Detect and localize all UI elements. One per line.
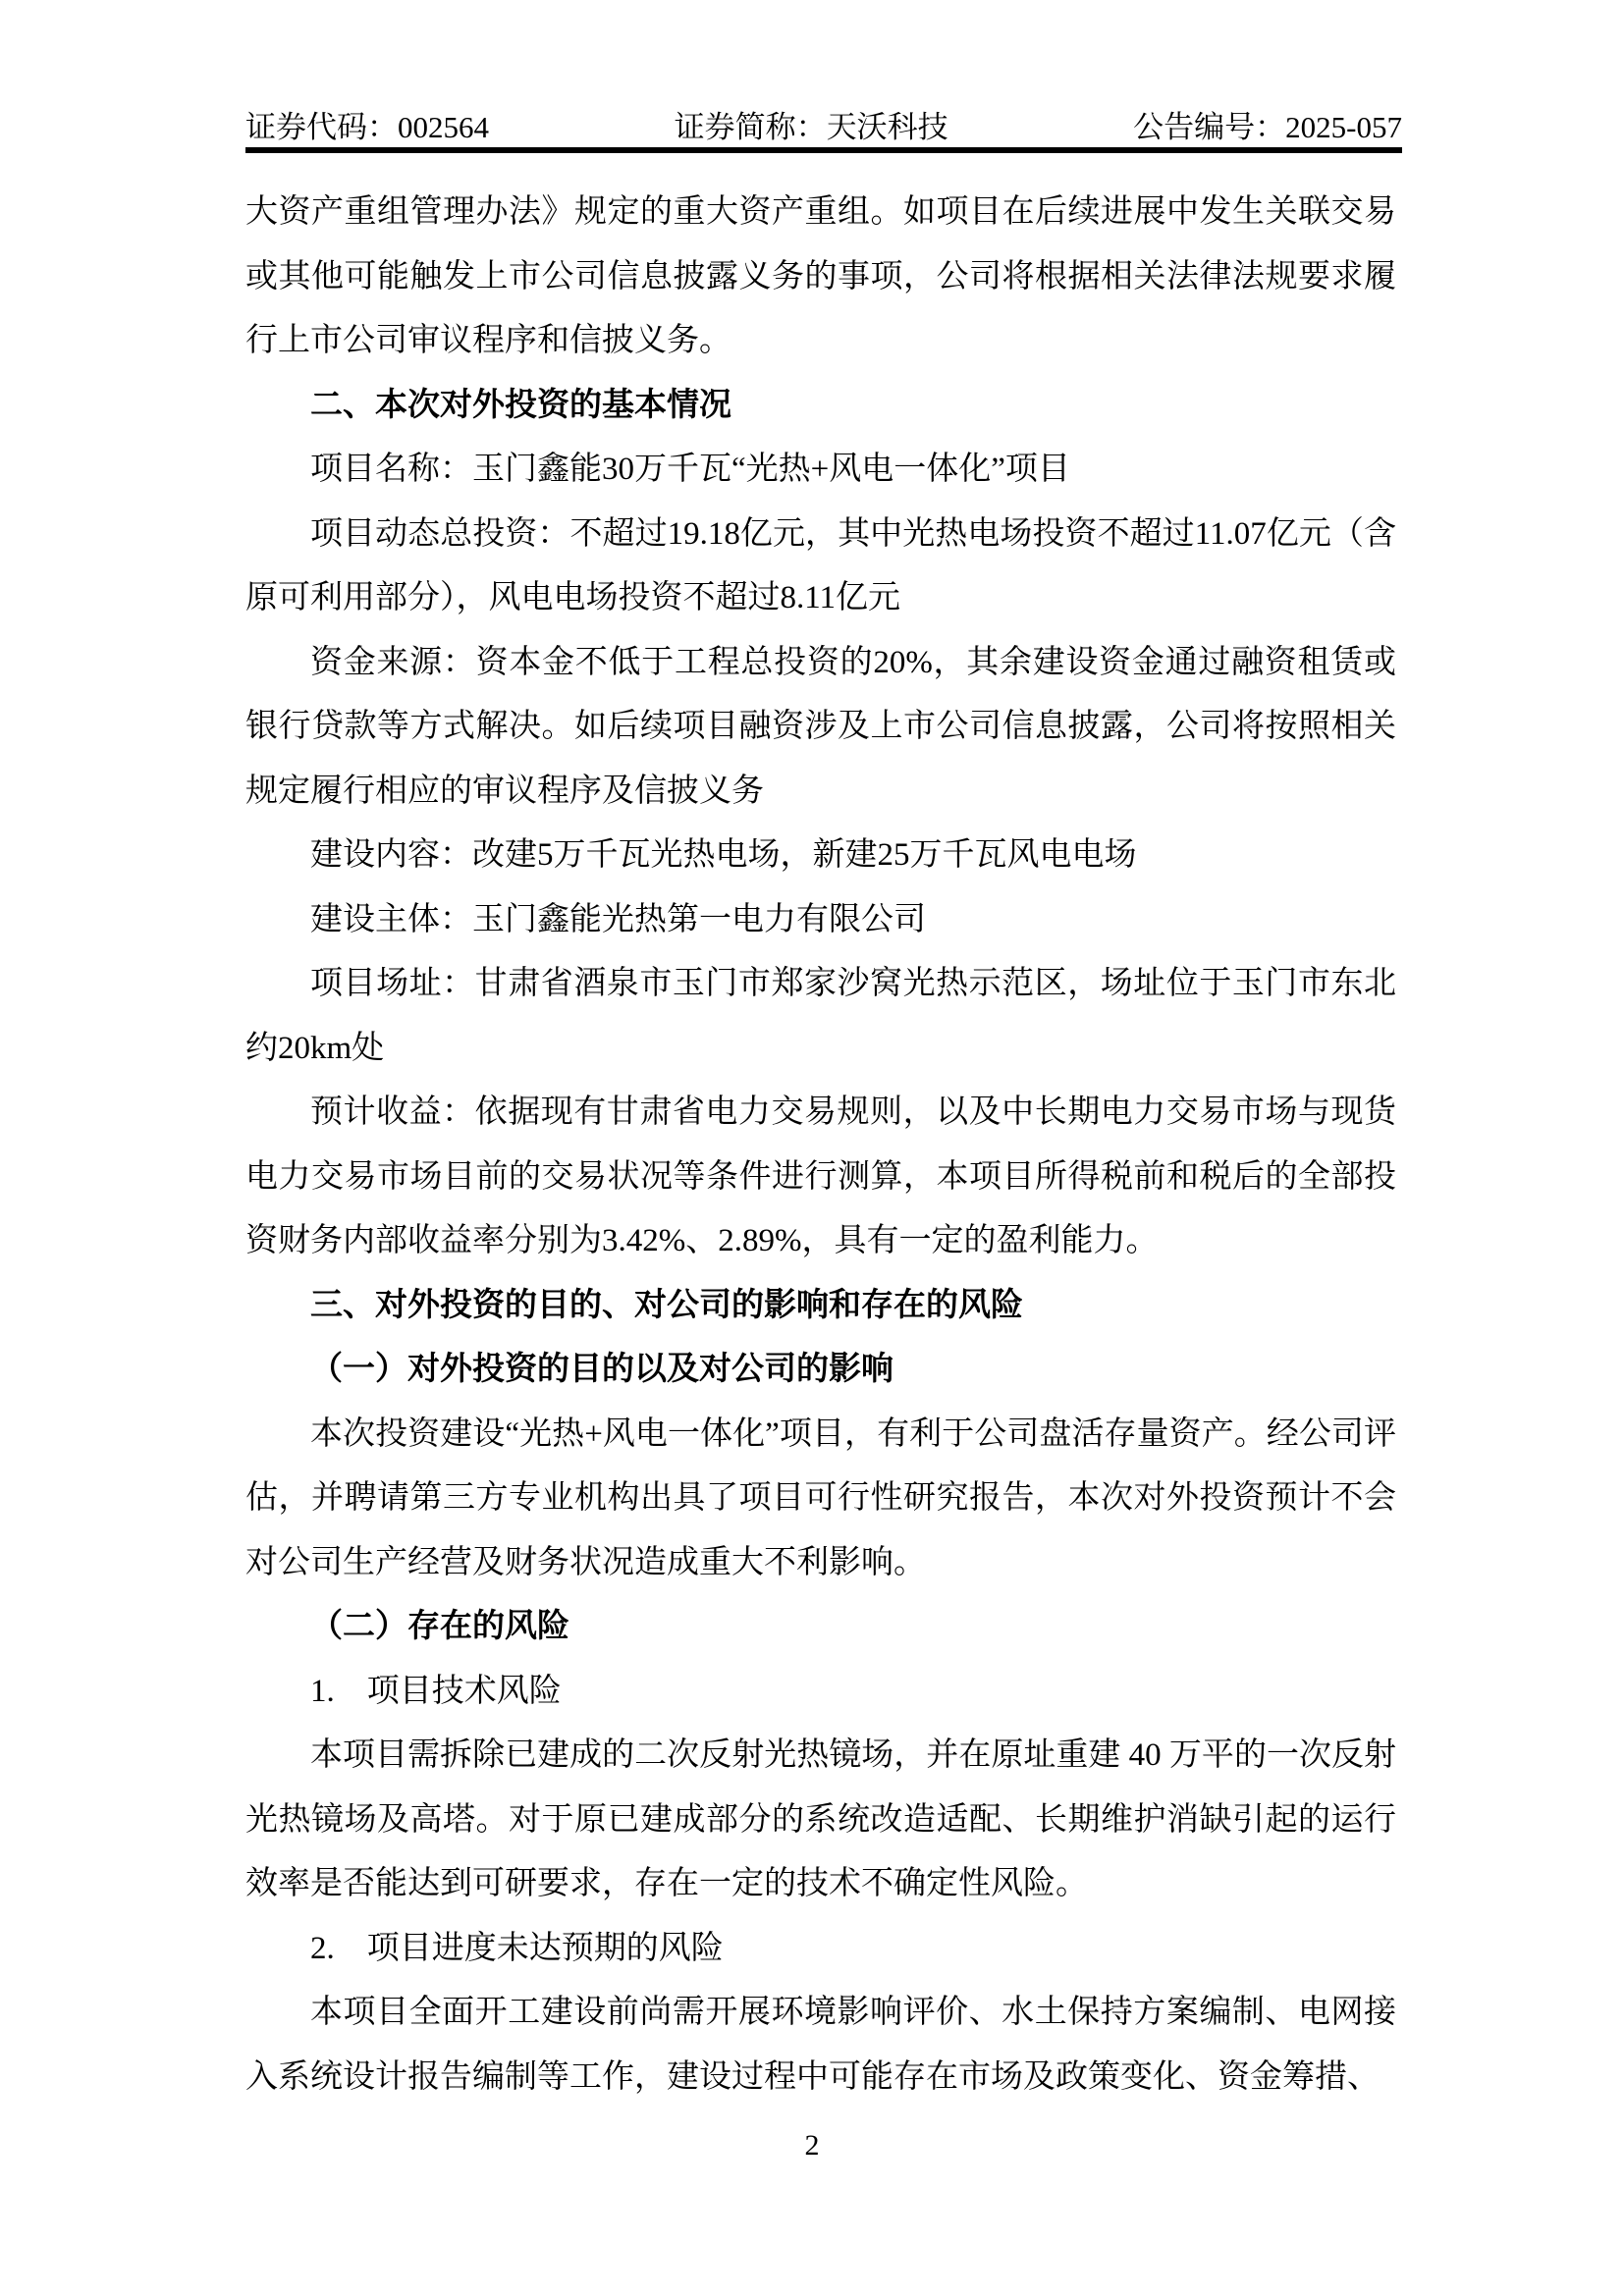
numbered-item: 2. 项目进度未达预期的风险: [245, 1917, 1396, 1982]
document-header: 证券代码：002564 证券简称：天沃科技 公告编号：2025-057: [245, 108, 1402, 147]
document-page: 证券代码：002564 证券简称：天沃科技 公告编号：2025-057 大资产重…: [0, 0, 1624, 2296]
page-footer: 2: [0, 2128, 1624, 2163]
document-body: 大资产重组管理办法》规定的重大资产重组。如项目在后续进展中发生关联交易或其他可能…: [245, 181, 1396, 2109]
paragraph: 项目名称：玉门鑫能30万千瓦“光热+风电一体化”项目: [245, 438, 1396, 503]
section-heading: 三、对外投资的目的、对公司的影响和存在的风险: [245, 1274, 1396, 1339]
header-divider: [245, 147, 1402, 153]
stock-name: 证券简称：天沃科技: [675, 108, 948, 147]
section-heading: 二、本次对外投资的基本情况: [245, 374, 1396, 439]
paragraph: 建设内容：改建5万千瓦光热电场，新建25万千瓦风电电场: [245, 824, 1396, 888]
paragraph: 预计收益：依据现有甘肃省电力交易规则，以及中长期电力交易市场与现货电力交易市场目…: [245, 1081, 1396, 1274]
numbered-item: 1. 项目技术风险: [245, 1660, 1396, 1725]
paragraph: 本项目需拆除已建成的二次反射光热镜场，并在原址重建 40 万平的一次反射光热镜场…: [245, 1724, 1396, 1917]
page-number: 2: [805, 2129, 820, 2162]
paragraph: 建设主体：玉门鑫能光热第一电力有限公司: [245, 888, 1396, 953]
paragraph: 项目场址：甘肃省酒泉市玉门市郑家沙窝光热示范区，场址位于玉门市东北约20km处: [245, 952, 1396, 1081]
paragraph: 本项目全面开工建设前尚需开展环境影响评价、水土保持方案编制、电网接入系统设计报告…: [245, 1981, 1396, 2109]
paragraph: 项目动态总投资：不超过19.18亿元，其中光热电场投资不超过11.07亿元（含原…: [245, 503, 1396, 631]
section-heading: （一）对外投资的目的以及对公司的影响: [245, 1338, 1396, 1403]
paragraph: 大资产重组管理办法》规定的重大资产重组。如项目在后续进展中发生关联交易或其他可能…: [245, 181, 1396, 374]
announcement-number: 公告编号：2025-057: [1133, 108, 1402, 147]
stock-code: 证券代码：002564: [245, 108, 489, 147]
section-heading: （二）存在的风险: [245, 1595, 1396, 1660]
paragraph: 本次投资建设“光热+风电一体化”项目，有利于公司盘活存量资产。经公司评估，并聘请…: [245, 1403, 1396, 1596]
paragraph: 资金来源：资本金不低于工程总投资的20%，其余建设资金通过融资租赁或银行贷款等方…: [245, 631, 1396, 825]
